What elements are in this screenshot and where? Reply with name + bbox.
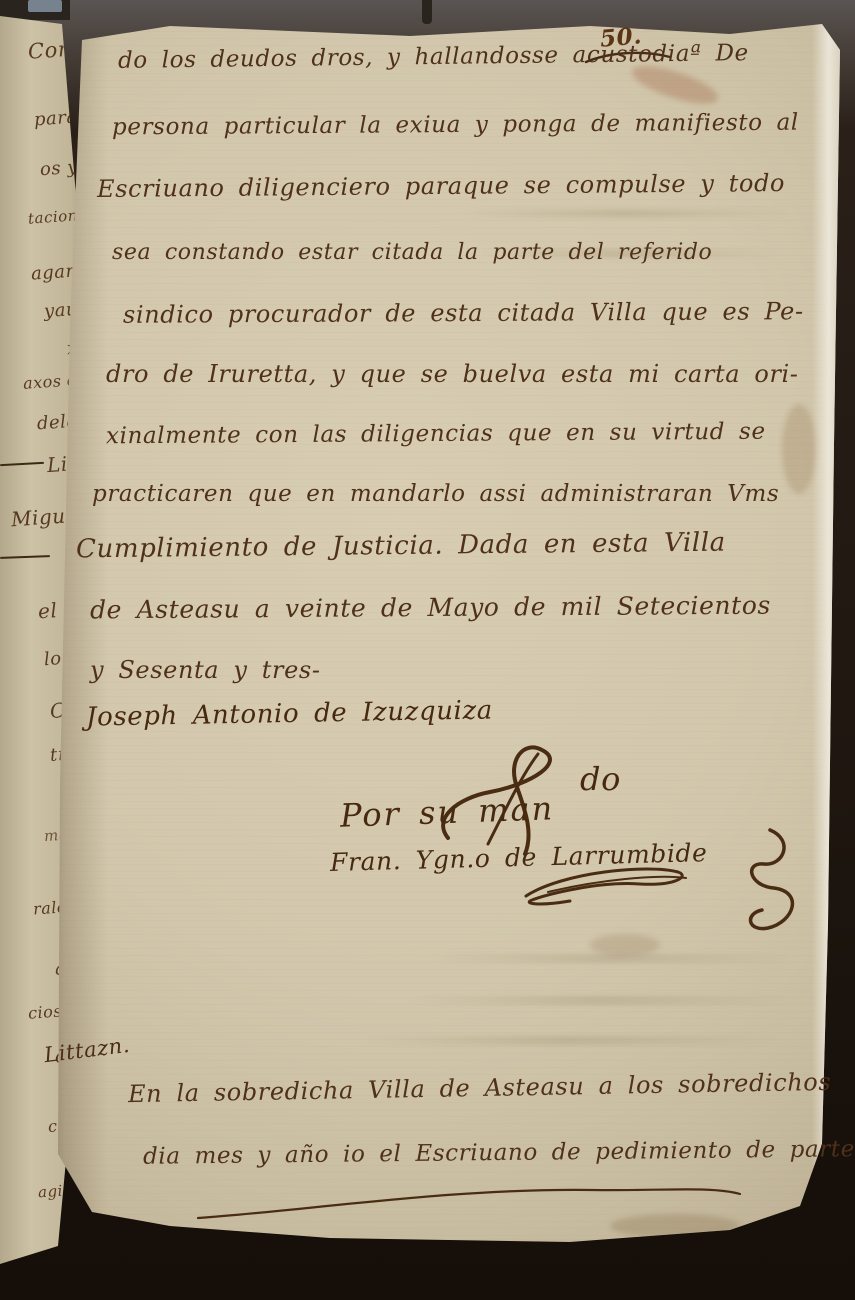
manuscript-line: sindico procurador de esta citada Villa … <box>123 297 804 329</box>
manuscript-line: Escriuano diligenciero paraque se compul… <box>97 169 785 203</box>
paper-texture <box>30 24 842 1248</box>
manuscript-page <box>30 24 842 1248</box>
gutter-fragment: agim <box>38 1181 79 1202</box>
gutter-fragment: os y <box>39 157 78 181</box>
end-curl-flourish <box>722 826 812 946</box>
manuscript-photo: Com para os y tacion agan yau x axos d d… <box>0 0 855 1300</box>
gutter-rule <box>0 462 44 466</box>
deckle-edge <box>812 24 842 1248</box>
manuscript-line: xinalmente con las diligencias que en su… <box>106 419 766 450</box>
manuscript-line: practicaren que en mandarlo assi adminis… <box>92 481 779 507</box>
manuscript-line: y Sesenta y tres- <box>90 656 321 684</box>
rubric-flourish <box>518 856 698 906</box>
binding-notch <box>422 0 432 24</box>
manuscript-line: persona particular la exiua y ponga de m… <box>112 110 799 141</box>
gutter-fragment: Com <box>27 36 79 63</box>
showthrough <box>410 996 790 1005</box>
showthrough <box>430 954 790 963</box>
manuscript-line: dro de Iruretta, y que se buelva esta mi… <box>106 360 799 388</box>
showthrough <box>330 1242 750 1251</box>
gutter-fragment: agan <box>31 260 79 284</box>
manuscript-line: sea constando estar citada la parte del … <box>112 240 712 265</box>
gutter-fragment: para <box>34 107 79 131</box>
binding-tab <box>28 0 62 12</box>
by-order-text: Por su man <box>339 789 554 834</box>
gutter-rule <box>0 555 50 559</box>
showthrough <box>460 209 790 218</box>
showthrough <box>360 1036 780 1045</box>
gutter-fragment: tacion <box>28 206 79 227</box>
by-order-suffix: do <box>580 760 621 798</box>
manuscript-line: de Asteasu a veinte de Mayo de mil Setec… <box>90 591 771 625</box>
foxing-spot <box>590 934 660 956</box>
closing-rule-flourish <box>192 1176 752 1226</box>
foxing-spot <box>782 404 816 494</box>
